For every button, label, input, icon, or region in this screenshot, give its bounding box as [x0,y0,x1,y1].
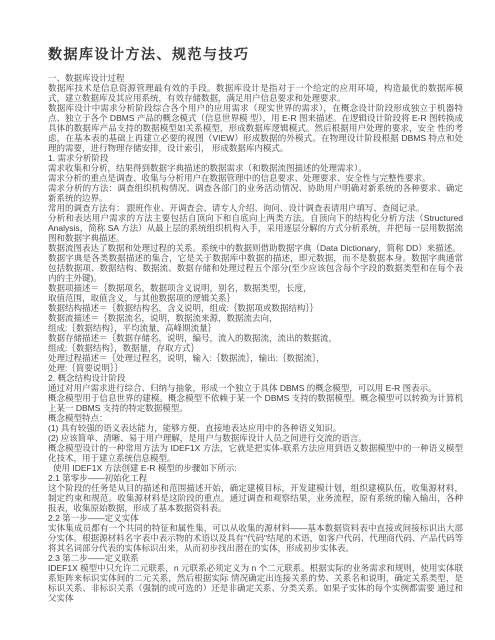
paragraph: 数据字典是各类数据描述的集合，它是关于数据库中数据的描述，即元数据，而不是数据本… [48,253,463,283]
paragraph: 数据库技术是信息资源管理最有效的手段。数据库设计是指对于一个给定的应用环境，构造… [48,83,463,103]
document-title: 数据库设计方法、规范与技巧 [48,47,250,61]
section-heading: 1. 需求分析阶段 [48,153,463,163]
document-body: 一、数据库设计过程 数据库技术是信息资源管理最有效的手段。数据库设计是指对于一个… [48,73,463,603]
paragraph: 通过对用户需求进行综合、归纳与抽象，形成一个独立于具体 DBMS 的概念模型，可… [48,383,463,393]
section-heading: 2.1 第零步——初始化工程 [48,473,463,483]
definition-line: 数据存储描述＝｛数据存储名，说明，编号，流入的数据流，流出的数据流， [48,333,463,343]
paragraph: 分析和表达用户需求的方法主要包括自顶向下和自底向上两类方法。自顶向下的结构化分析… [48,213,463,243]
paragraph: 数据库设计中需求分析阶段综合各个用户的应用需求（现实世界的需求），在概念设计阶段… [48,103,463,153]
paragraph: 需求分析的方法：调查组织机构情况、调查各部门的业务活动情况、协助用户明确对新系统… [48,183,463,203]
paragraph: IDEF1X 模型中只允许二元联系，n 元联系必须定义为 n 个二元联系。根据实… [48,563,463,603]
paragraph: 概念模型用于信息世界的建模。概念模型不依赖于某一个 DBMS 支持的数据模型。概… [48,393,463,413]
list-item: (2) 应该简单、清晰、易于用户理解，是用户与数据库设计人员之间进行交流的语言。 [48,433,463,443]
document-page: 数据库设计方法、规范与技巧 一、数据库设计过程 数据库技术是信息资源管理最有效的… [0,0,495,640]
definition-line: 数据结构描述＝｛数据结构名，含义说明，组成:｛数据项或数据结构｝｝ [48,303,463,313]
paragraph: 常用的调查方法有： 跟班作业、开调查会、请专人介绍、询问、设计调查表请用户填写、… [48,203,463,213]
list-item: (1) 具有较强的语义表达能力，能够方便、直接地表达应用中的各种语义知识。 [48,423,463,433]
section-heading: 2. 概念结构设计阶段 [48,373,463,383]
section-heading: 一、数据库设计过程 [48,73,463,83]
definition-line: 数据流描述＝｛数据流名，说明，数据流来源，数据流去向， [48,313,463,323]
paragraph: 需求收集和分析，结果得到数据字典描述的数据需求（和数据流图描述的处理需求）。 [48,163,463,173]
definition-line: 数据项描述＝｛数据项名，数据项含义说明，别名，数据类型，长度， [48,283,463,293]
section-heading: 2.2 第一步——定义实体 [48,513,463,523]
paragraph: 概念模型特点： [48,413,463,423]
paragraph: 实体集成员都有一个共同的特征和属性集，可以从收集的源材料——基本数据资料表中直接… [48,523,463,553]
section-heading: 2.3 第二步——定义联系 [48,553,463,563]
definition-line: 处理:｛简要说明｝｝ [48,363,463,373]
paragraph: 数据流图表达了数据和处理过程的关系。系统中的数据则借助数据字典（Data Dic… [48,243,463,253]
paragraph: 概念模型设计的一种常用方法为 IDEF1X 方法，它就是把实体-联系方法应用到语… [48,443,463,463]
definition-line: 处理过程描述＝｛处理过程名，说明，输入:｛数据流｝，输出:｛数据流｝， [48,353,463,363]
paragraph: 需求分析的重点是调查、收集与分析用户在数据管理中的信息要求、处理要求、安全性与完… [48,173,463,183]
definition-line: 组成:｛数据结构｝，平均流量，高峰期流量｝ [48,323,463,333]
definition-line: 取值范围，取值含义，与其他数据项的逻辑关系｝ [48,293,463,303]
paragraph: 这个阶段的任务是从目的描述和范围描述开始，确定建模目标，开发建模计划，组织建模队… [48,483,463,513]
paragraph: 使用 IDEF1X 方法创建 E-R 模型的步骤如下所示: [48,463,463,473]
definition-line: 组成:｛数据结构｝，数据量，存取方式｝ [48,343,463,353]
